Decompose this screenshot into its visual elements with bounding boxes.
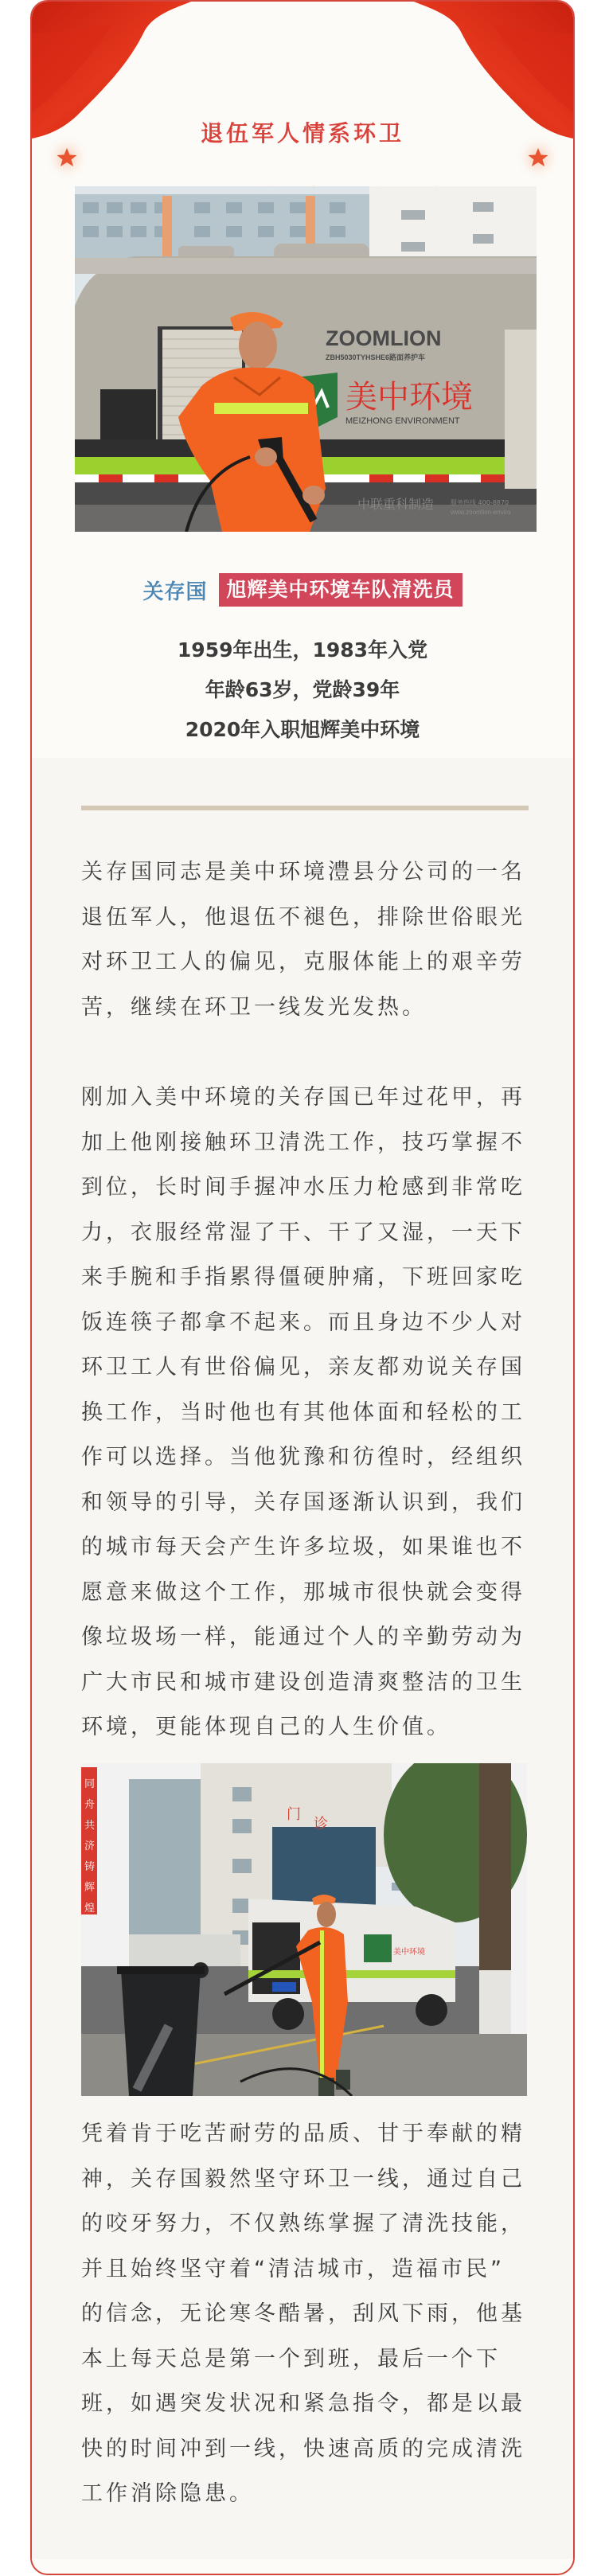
text-line: 关存国同志是美中环境澧县分公司的一名: [81, 850, 535, 896]
svg-text:诊: 诊: [314, 1816, 328, 1832]
profile-header: 关存国 旭辉美中环境车队清洗员: [32, 573, 573, 607]
title-line-1: 退伍军人情系环卫: [32, 116, 573, 148]
svg-text:舟: 舟: [84, 1799, 95, 1811]
svg-text:煌: 煌: [84, 1902, 95, 1914]
text-line: 神，关存国毅然坚守环卫一线，通过自己: [81, 2157, 535, 2203]
text-line: 本上每天总是第一个到班，最后一个下: [81, 2337, 535, 2383]
svg-text:MEIZHONG ENVIRONMENT: MEIZHONG ENVIRONMENT: [345, 416, 460, 426]
paragraph-3: 凭着肯于吃苦耐劳的品质、甘于奉献的精 神，关存国毅然坚守环卫一线，通过自己 的咬…: [81, 2112, 535, 2517]
text-line: 快的时间冲到一线，快速高质的完成清洗: [81, 2427, 535, 2473]
text-line: 的城市每天会产生许多垃圾，如果谁也不: [81, 1525, 535, 1571]
text-line: 换工作，当时他也有其他体面和轻松的工: [81, 1391, 535, 1436]
text-line: 像垃圾场一样，能通过个人的辛勤劳动为: [81, 1615, 535, 1661]
text-line: 环卫工人有世俗偏见，亲友都劝说关存国: [81, 1345, 535, 1391]
profile-facts: 1959年出生，1983年入党 年龄63岁，党龄39年 2020年入职旭辉美中环…: [32, 630, 573, 750]
fact-employment: 2020年入职旭辉美中环境: [32, 710, 573, 750]
svg-text:门: 门: [287, 1806, 301, 1823]
svg-text:铸: 铸: [84, 1860, 95, 1873]
text-line: 并且始终坚守着“清洁城市，造福市民”: [81, 2247, 535, 2293]
fact-age: 年龄63岁，党龄39年: [32, 670, 573, 710]
text-line: 来手腕和手指累得僵硬肿痛，下班回家吃: [81, 1255, 535, 1301]
svg-text:美中环境: 美中环境: [345, 379, 473, 416]
svg-text:共: 共: [84, 1819, 95, 1832]
text-line: 力，衣服经常湿了干、干了又湿，一天下: [81, 1211, 535, 1256]
text-line: 的信念，无论寒冬酷暑，刮风下雨，他基: [81, 2292, 535, 2337]
text-line: 凭着肯于吃苦耐劳的品质、甘于奉献的精: [81, 2112, 535, 2157]
paragraph-2: 刚加入美中环境的关存国已年过花甲，再 加上他刚接触环卫清洗工作，技巧掌握不 到位…: [81, 1075, 535, 1751]
footer-strip: [32, 2559, 573, 2575]
photo-worker-cleaning-bin: 同 舟 共 济 铸 辉 煌 门 诊 美中环境: [81, 1763, 527, 2096]
article-card: 退伍军人情系环卫 以“小我之劳”换“城市之美”: [30, 0, 575, 2575]
photo-worker-with-truck: ZOOMLION ZBH5030TYHSHE6路面养护车 美中环境 MEIZHO…: [75, 186, 537, 532]
text-line: 愿意来做这个工作，那城市很快就会变得: [81, 1571, 535, 1616]
text-line: 到位，长时间手握冲水压力枪感到非常吃: [81, 1165, 535, 1211]
fact-birth-party: 1959年出生，1983年入党: [32, 630, 573, 670]
svg-text:辉: 辉: [84, 1881, 95, 1894]
text-line: 对环卫工人的偏见，克服体能上的艰辛劳: [81, 940, 535, 986]
role-badge: 旭辉美中环境车队清洗员: [219, 573, 463, 607]
person-name: 关存国: [142, 576, 207, 605]
text-line: 退伍军人，他退伍不褪色，排除世俗眼光: [81, 896, 535, 941]
text-line: 的咬牙努力，不仅熟练掌握了清洗技能，: [81, 2202, 535, 2247]
svg-text:美中环境: 美中环境: [393, 1946, 425, 1957]
text-line: 刚加入美中环境的关存国已年过花甲，再: [81, 1075, 535, 1121]
paragraph-1: 关存国同志是美中环境澧县分公司的一名 退伍军人，他退伍不褪色，排除世俗眼光 对环…: [81, 850, 535, 1030]
text-line: 和领导的引导，关存国逐渐认识到，我们: [81, 1481, 535, 1526]
section-divider: [81, 806, 529, 810]
svg-text:济: 济: [84, 1840, 95, 1852]
svg-text:ZBH5030TYHSHE6路面养护车: ZBH5030TYHSHE6路面养护车: [326, 353, 425, 361]
text-line: 作可以选择。当他犹豫和彷徨时，经组织: [81, 1435, 535, 1481]
text-line: 饭连筷子都拿不起来。而且身边不少人对: [81, 1301, 535, 1346]
text-line: 加上他刚接触环卫清洗工作，技巧掌握不: [81, 1121, 535, 1166]
text-line: 广大市民和城市建设创造清爽整洁的卫生: [81, 1661, 535, 1706]
svg-text:ZOOMLION: ZOOMLION: [326, 326, 441, 350]
text-line: 苦，继续在环卫一线发光发热。: [81, 986, 535, 1031]
text-line: 工作消除隐患。: [81, 2472, 535, 2517]
text-line: 环境，更能体现自己的人生价值。: [81, 1705, 535, 1751]
text-line: 班，如遇突发状况和紧急指令，都是以最: [81, 2382, 535, 2427]
svg-text:同: 同: [84, 1778, 95, 1790]
